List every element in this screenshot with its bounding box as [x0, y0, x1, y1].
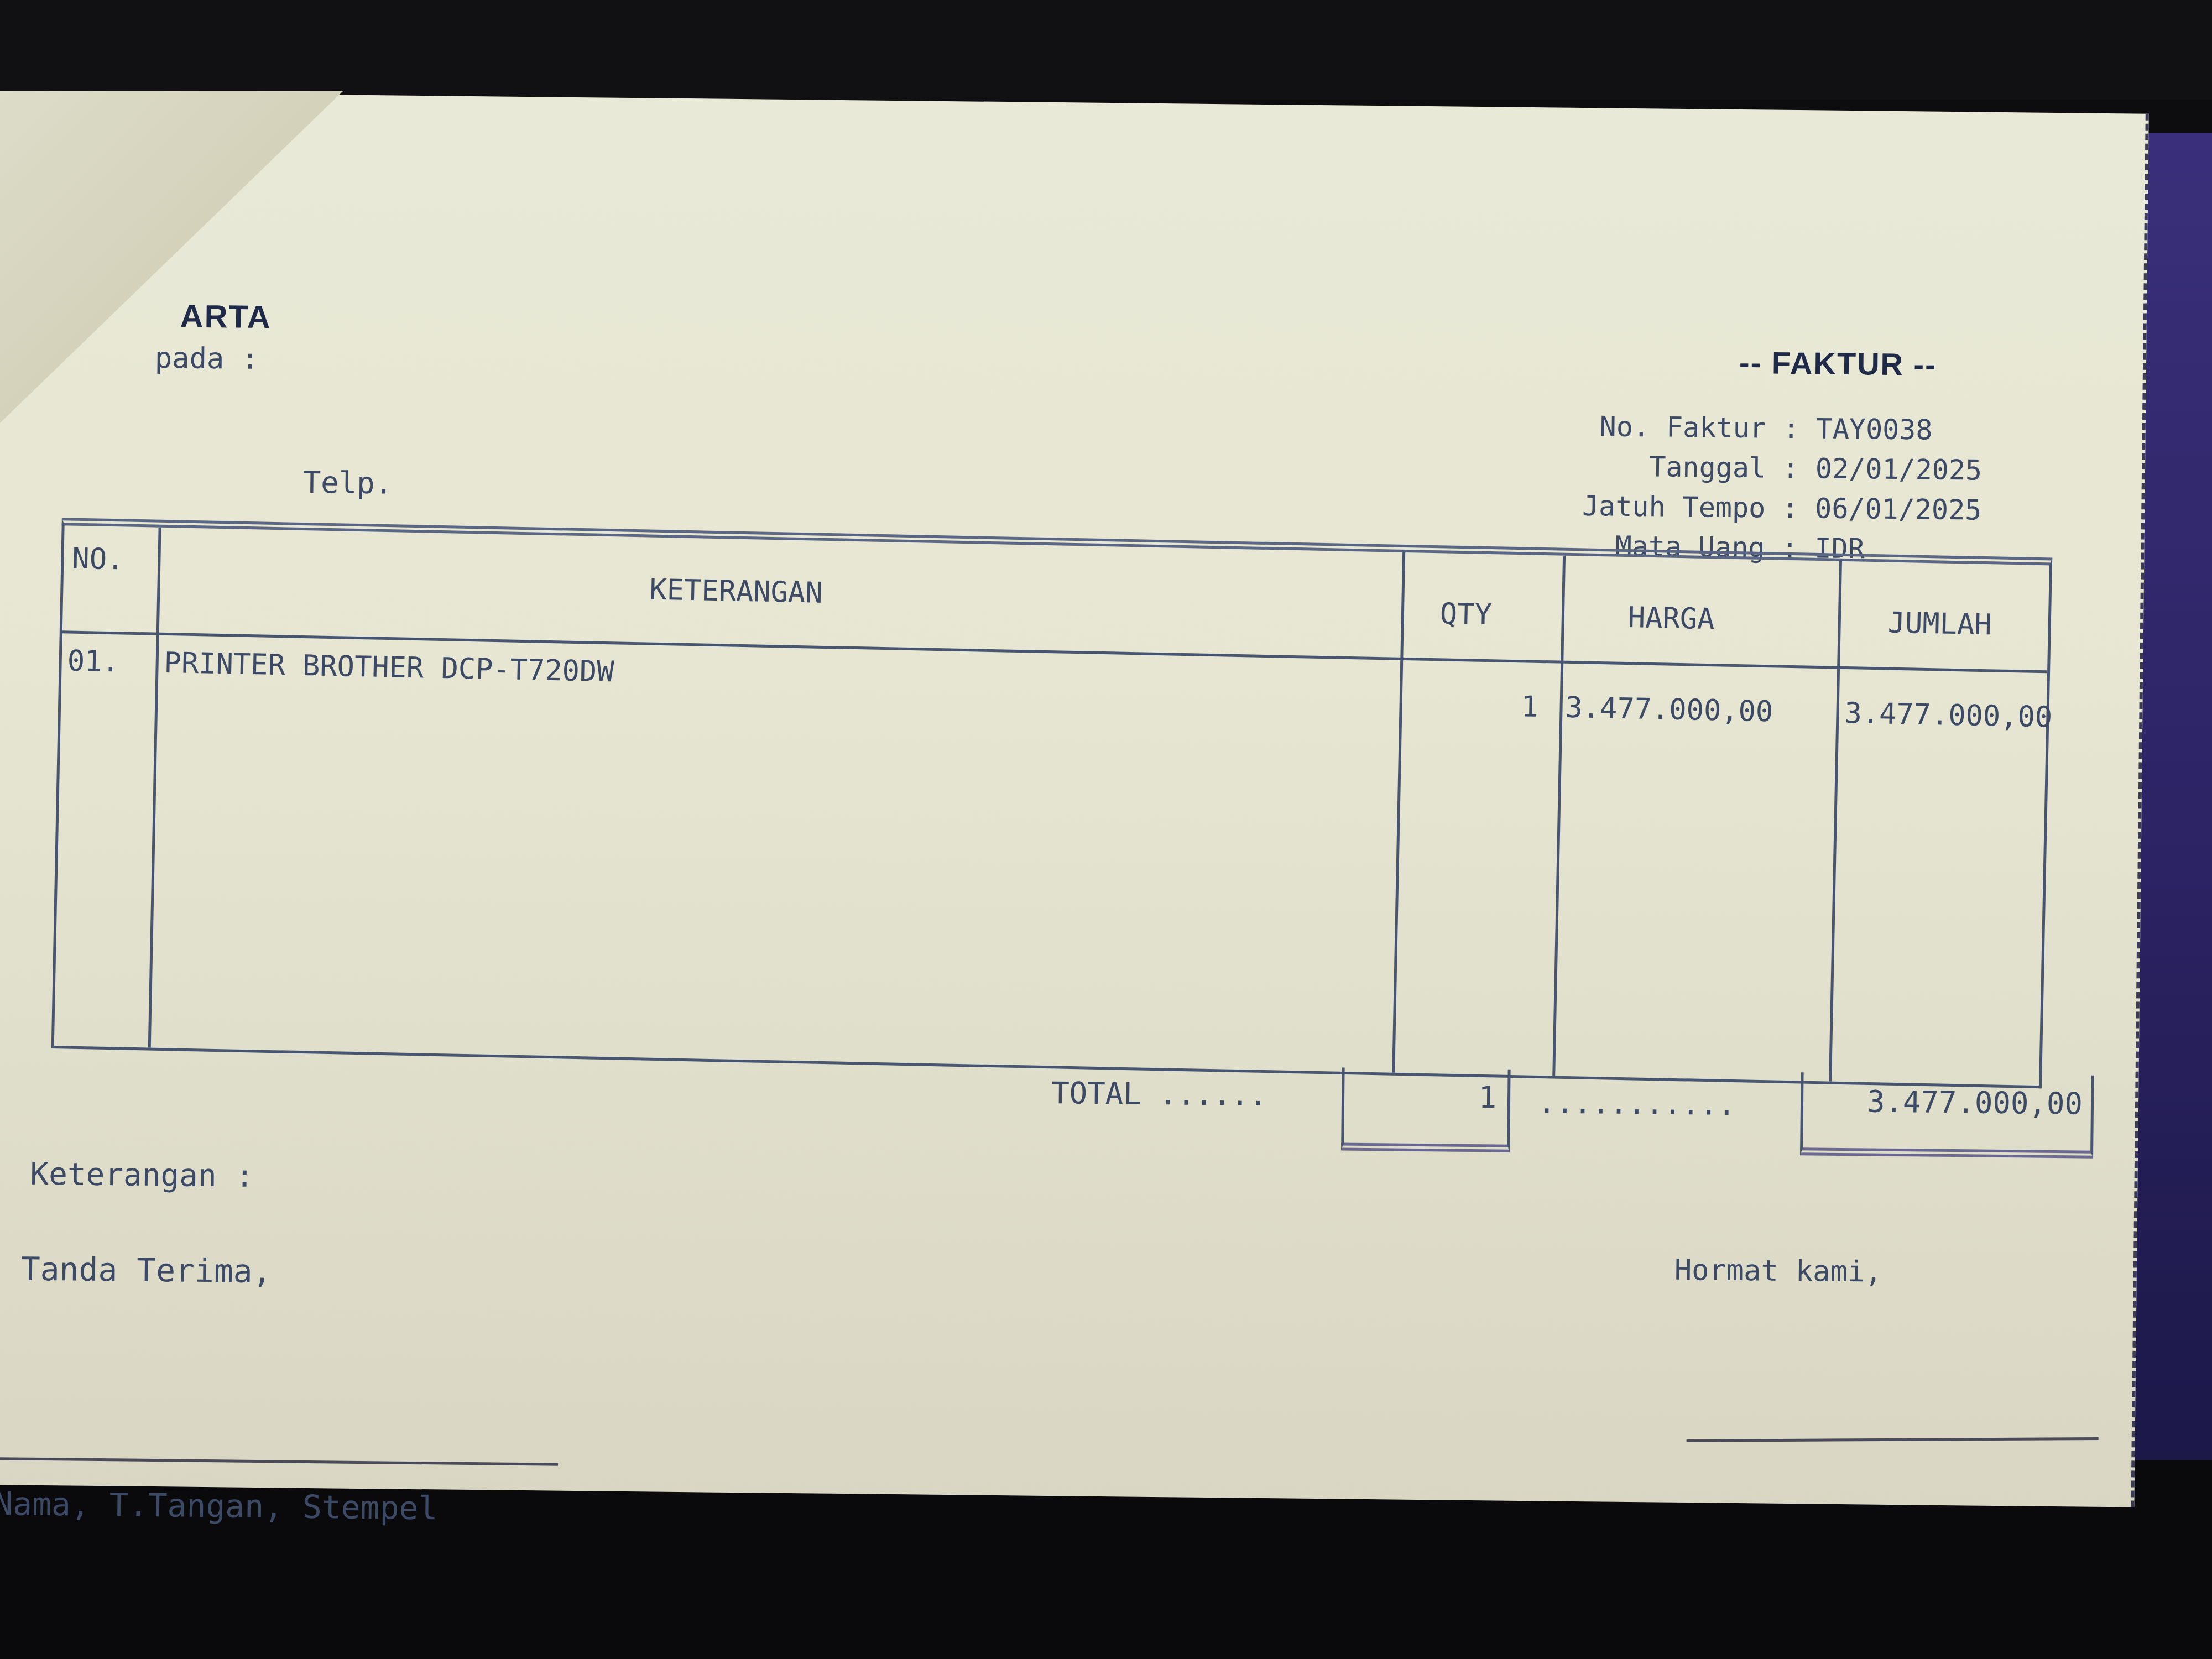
receiver-signature-caption: Nama, T.Tangan, Stempel	[0, 1485, 438, 1527]
total-qty: 1	[1478, 1080, 1496, 1115]
phone-label: Telp.	[302, 465, 393, 501]
received-by-label: Tanda Terima,	[20, 1250, 272, 1291]
background-top	[0, 0, 2212, 100]
invoice-meta: No. Faktur:TAY0038 Tanggal:02/01/2025 Ja…	[1527, 406, 1983, 570]
sender-signature-line	[1687, 1437, 2099, 1442]
recipient-label: pada :	[155, 342, 259, 376]
column-no	[54, 525, 161, 1047]
header-qty: QTY	[1439, 597, 1492, 632]
meta-invoice-number: No. Faktur:TAY0038	[1528, 406, 1983, 451]
total-amount-box: 3.477.000,00	[1800, 1072, 2094, 1159]
row-qty: 1	[1521, 690, 1539, 724]
invoice-number-value: TAY0038	[1815, 409, 1932, 450]
meta-date: Tanggal:02/01/2025	[1528, 446, 1983, 491]
total-qty-box: 1	[1341, 1068, 1511, 1152]
date-value: 02/01/2025	[1815, 448, 1983, 490]
header-no: NO.	[72, 542, 124, 577]
company-name-partial: ARTA	[180, 298, 271, 336]
row-amount: 3.477.000,00	[1844, 697, 2053, 734]
row-no: 01.	[67, 644, 119, 679]
total-amount: 3.477.000,00	[1867, 1084, 2083, 1121]
sender-closing: Hormat kami,	[1674, 1254, 1882, 1289]
row-price: 3.477.000,00	[1565, 691, 1773, 729]
column-keterangan	[148, 528, 1405, 1073]
invoice-paper: ARTA pada : Telp. -- FAKTUR -- No. Faktu…	[0, 91, 2149, 1507]
header-jumlah: JUMLAH	[1887, 607, 1992, 642]
meta-due-date: Jatuh Tempo:06/01/2025	[1527, 486, 1982, 530]
header-keterangan: KETERANGAN	[649, 573, 823, 610]
total-price-placeholder: ...........	[1538, 1085, 1736, 1122]
notes-label: Keterangan :	[30, 1156, 254, 1194]
header-harga: HARGA	[1627, 601, 1715, 636]
items-table: NO. KETERANGAN QTY HARGA JUMLAH 01. PRIN…	[51, 518, 2053, 1088]
invoice-title: -- FAKTUR --	[1739, 345, 1937, 383]
due-date-value: 06/01/2025	[1815, 488, 1982, 530]
receiver-signature-line	[0, 1457, 558, 1466]
total-label: TOTAL ......	[1051, 1076, 1267, 1113]
